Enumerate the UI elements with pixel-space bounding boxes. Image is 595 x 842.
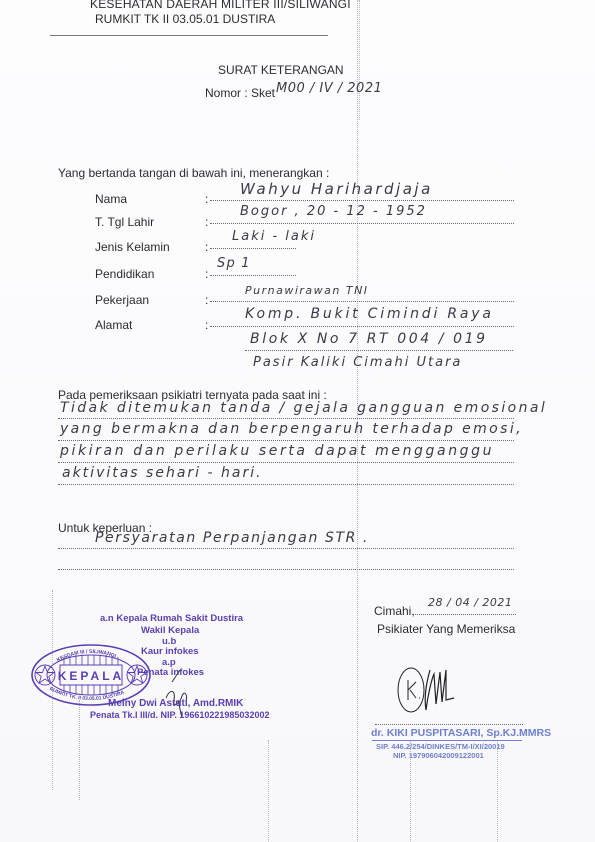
colon: : [205,240,208,254]
field-value-nama: Wahyu Harihardjaja [240,180,433,198]
dotted-line [58,548,514,549]
exam-line-2: yang bermakna dan berpengaruh terhadap e… [60,421,523,437]
exam-line-4: aktivitas sehari - hari. [62,465,263,481]
dotted-line [210,275,296,276]
header-line2: RUMKIT TK II 03.05.01 DUSTIRA [95,12,275,26]
doctor-signature [394,664,464,720]
name-underline [372,740,522,741]
left-sign-line2: Wakil Kepala [141,625,199,636]
dotted-line [375,724,523,725]
fold-line [79,700,80,800]
field-label-ttl: T. Tgl Lahir [95,215,154,229]
dotted-line [58,418,514,419]
field-value-alamat-2: Blok X No 7 RT 004 / 019 [250,331,488,347]
field-label-nama: Nama [95,192,127,206]
dotted-line [210,223,514,224]
examiner-role: Psikiater Yang Memeriksa [377,622,515,636]
fold-line [359,0,360,120]
field-value-pendidikan: Sp 1 [217,256,251,271]
document-title: SURAT KETERANGAN [218,63,344,77]
place-label: Cimahi, [374,604,415,618]
fold-line [268,740,269,842]
field-value-jenis-kelamin: Laki - laki [232,229,316,244]
exam-line-1: Tidak ditemukan tanda / gejala gangguan … [60,400,547,416]
field-label-jenis-kelamin: Jenis Kelamin [95,240,170,254]
intro-text: Yang bertanda tangan di bawah ini, mener… [58,166,329,180]
field-label-pekerjaan: Pekerjaan [95,293,149,307]
nomor-label: Nomor : Sket [205,86,275,100]
field-value-alamat-3: Pasir Kaliki Cimahi Utara [253,355,462,370]
left-sign-line1: a.n Kepala Rumah Sakit Dustira [100,613,243,624]
field-value-ttl: Bogor , 20 - 12 - 1952 [240,204,427,219]
dotted-line [412,614,516,615]
colon: : [205,293,208,307]
field-value-alamat-1: Komp. Bukit Cimindi Raya [245,306,494,322]
nomor-value: M00 / IV / 2021 [276,81,382,96]
dotted-line [58,569,514,570]
doctor-sip: SIP. 446.2/254/DINKES/TM-I/XI/20019 [376,742,505,751]
left-sign-nip: Penata Tk.I III/d. NIP. 1966102219850320… [90,710,269,720]
colon: : [205,318,208,332]
dotted-line [210,326,514,327]
colon: : [205,192,208,206]
field-value-pekerjaan: Purnawirawan TNI [245,284,369,297]
exam-line-3: pikiran dan perilaku serta dapat menggan… [60,443,494,459]
svg-text:KEPALA: KEPALA [58,669,124,683]
colon: : [205,267,208,281]
svg-text:KESDAM III / SILIWANGI: KESDAM III / SILIWANGI [56,649,117,663]
doctor-nip: NIP. 197906042009122001 [393,751,484,760]
left-sign-name: Meiny Dwi Astuti, Amd.RMIK [108,698,243,709]
date-value: 28 / 04 / 2021 [428,596,512,609]
header-rule [50,35,328,36]
dotted-line [210,200,514,201]
doctor-name: dr. KIKI PUSPITASARI, Sp.KJ.MMRS [371,727,551,739]
dotted-line [58,484,514,485]
dotted-line [245,350,513,351]
field-label-pendidikan: Pendidikan [95,267,154,281]
dotted-line [58,440,514,441]
colon: : [205,215,208,229]
header-line1: KESEHATAN DAERAH MILITER III/SILIWANGI [90,0,351,11]
purpose-value: Persyaratan Perpanjangan STR . [95,530,369,546]
fold-line [497,740,498,842]
field-label-alamat: Alamat [95,318,132,332]
dotted-line [210,248,296,249]
dotted-line [58,462,514,463]
document-page: KESEHATAN DAERAH MILITER III/SILIWANGI R… [0,0,595,842]
dotted-line [210,301,514,302]
